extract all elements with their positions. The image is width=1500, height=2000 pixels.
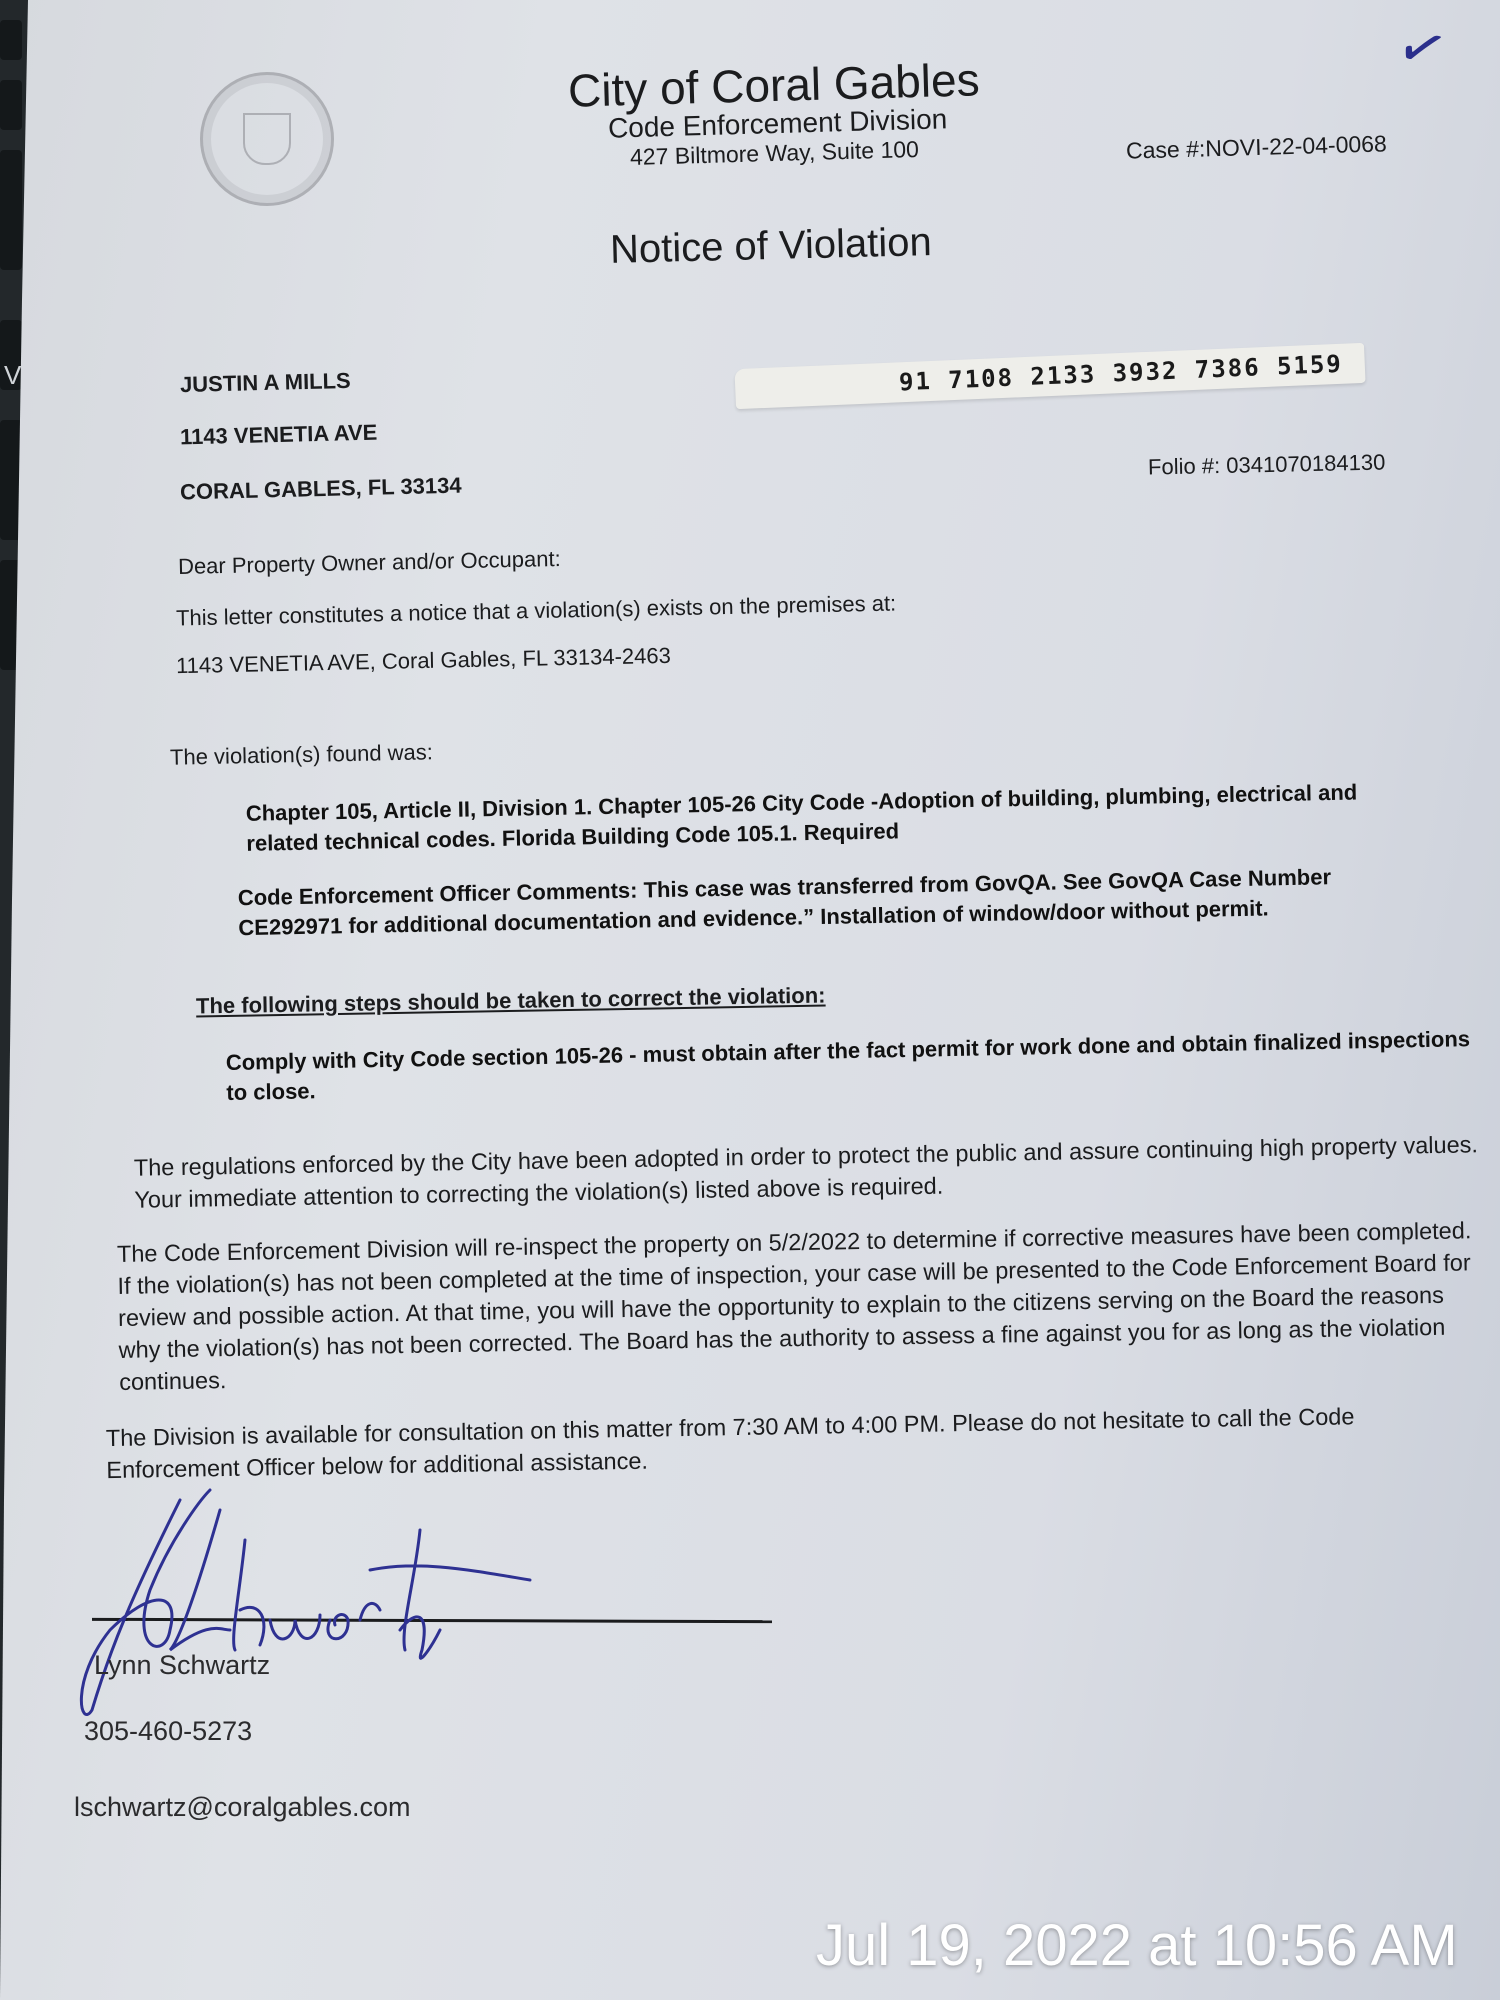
tracking-number: 91 7108 2133 3932 7386 5159 xyxy=(898,350,1343,397)
case-number: Case #:NOVI-22-04-0068 xyxy=(1126,130,1387,164)
handwritten-signature xyxy=(70,1480,550,1720)
recipient-city: CORAL GABLES, FL 33134 xyxy=(180,473,462,506)
recipient-name: JUSTIN A MILLS xyxy=(180,368,351,398)
certified-mail-tracking-label: 91 7108 2133 3932 7386 5159 xyxy=(734,343,1365,409)
keyboard-key-letter: V xyxy=(4,360,21,391)
reinspection-paragraph: The Code Enforcement Division will re-in… xyxy=(117,1214,1490,1398)
steps-text: Comply with City Code section 105-26 - m… xyxy=(226,1024,1477,1108)
recipient-street: 1143 VENETIA AVE xyxy=(180,420,378,451)
steps-heading: The following steps should be taken to c… xyxy=(196,983,826,1020)
violation-heading: The violation(s) found was: xyxy=(170,739,433,771)
city-seal-icon xyxy=(200,72,334,206)
regulations-paragraph: The regulations enforced by the City hav… xyxy=(134,1128,1485,1216)
violation-text: Chapter 105, Article II, Division 1. Cha… xyxy=(246,777,1377,859)
salutation: Dear Property Owner and/or Occupant: xyxy=(178,546,561,580)
intro-text: This letter constitutes a notice that a … xyxy=(176,590,897,631)
premises-address: 1143 VENETIA AVE, Coral Gables, FL 33134… xyxy=(176,643,671,679)
officer-name: Lynn Schwartz xyxy=(94,1650,270,1681)
photo-timestamp-overlay: Jul 19, 2022 at 10:56 AM xyxy=(816,1912,1458,1979)
keyboard-key xyxy=(0,20,22,60)
notice-document: City of Coral Gables Code Enforcement Di… xyxy=(0,0,1500,2000)
folio-number: Folio #: 0341070184130 xyxy=(1148,450,1386,481)
document-title: Notice of Violation xyxy=(609,220,932,273)
officer-phone: 305-460-5273 xyxy=(84,1716,252,1747)
keyboard-key xyxy=(0,150,22,270)
keyboard-key xyxy=(0,80,22,130)
officer-email: lschwartz@coralgables.com xyxy=(74,1792,411,1823)
handwritten-check-icon: ✓ xyxy=(1389,8,1456,88)
officer-comments: Code Enforcement Officer Comments: This … xyxy=(238,861,1409,943)
consultation-paragraph: The Division is available for consultati… xyxy=(106,1398,1491,1486)
